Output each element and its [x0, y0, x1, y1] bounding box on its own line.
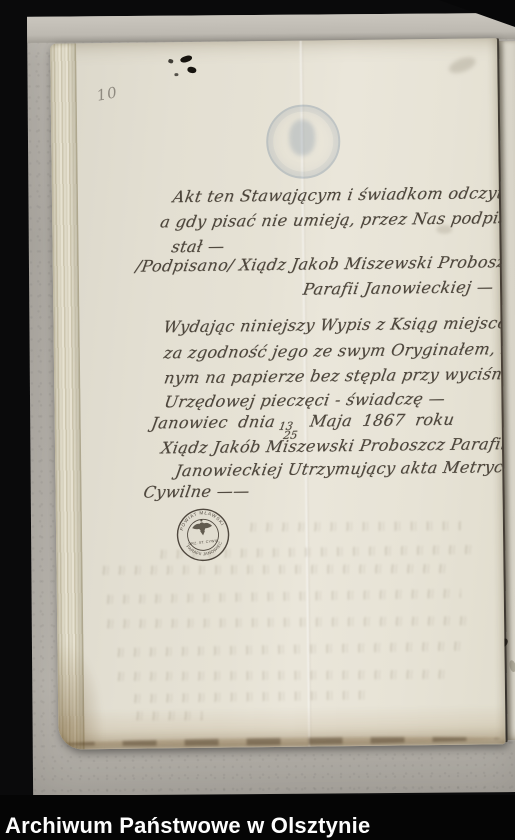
- bleed-through-line: [246, 521, 461, 532]
- manuscript-line: Urzędowej pieczęci - świadczę —: [163, 390, 447, 412]
- manuscript-line: Wydając niniejszy Wypis z Ksiąg miejscow…: [162, 314, 506, 337]
- bleed-through-line: [130, 690, 370, 703]
- manuscript-line: Parafii Janowieckiej —: [302, 278, 495, 299]
- manuscript-page: 10 Akt ten Stawającym i świadkom odczyta…: [50, 38, 506, 749]
- bleed-through-line: [103, 589, 461, 604]
- manuscript-line: Xiądz Jakób Miszewski Proboszcz Parafii: [159, 435, 505, 458]
- book-scan-photo: 10 Akt ten Stawającym i świadkom odczyta…: [0, 0, 515, 795]
- date-month-year: Maja 1867 roku: [309, 410, 456, 431]
- manuscript-line: Janowieckiej Utrzymujący akta Metryczne: [174, 458, 506, 481]
- manuscript-line: a gdy pisać nie umieją, przez Nas podpis…: [159, 208, 506, 231]
- parish-ink-stamp: POWIAT MŁAWSKI URZ. ST. CYWIL. PARAFII J…: [172, 504, 234, 566]
- archive-footer-bar: Archiwum Państwowe w Olsztynie: [0, 795, 515, 840]
- bleed-through-line: [114, 670, 452, 681]
- pencil-page-number: 10: [95, 83, 119, 105]
- manuscript-line: Cywilne ——: [142, 482, 251, 502]
- archive-name: Archiwum Państwowe w Olsztynie: [5, 814, 370, 838]
- paper-smudge: [447, 54, 478, 76]
- manuscript-line: stał —: [170, 238, 226, 257]
- bleed-through-line: [103, 616, 475, 628]
- book-page-area: 10 Akt ten Stawającym i świadkom odczyta…: [50, 38, 515, 754]
- date-place: Janowiec dnia: [150, 412, 277, 433]
- manuscript-line: Akt ten Stawającym i świadkom odczyta-: [171, 184, 505, 207]
- bleed-through-line: [98, 564, 448, 575]
- paper-stain: [55, 641, 104, 750]
- ink-blot: [168, 54, 202, 82]
- bleed-through-line: [132, 711, 202, 720]
- archival-scan-viewer: 10 Akt ten Stawającym i świadkom odczyta…: [0, 0, 515, 840]
- manuscript-line: nym na papierze bez stępla przy wyciśnię…: [163, 365, 506, 388]
- manuscript-line: za zgodność jego ze swym Oryginałem, spi…: [162, 340, 505, 363]
- embossed-blue-seal: [266, 104, 341, 179]
- bleed-through-line: [113, 641, 465, 657]
- manuscript-line: /Podpisano/ Xiądz Jakob Miszewski Probos…: [134, 253, 505, 276]
